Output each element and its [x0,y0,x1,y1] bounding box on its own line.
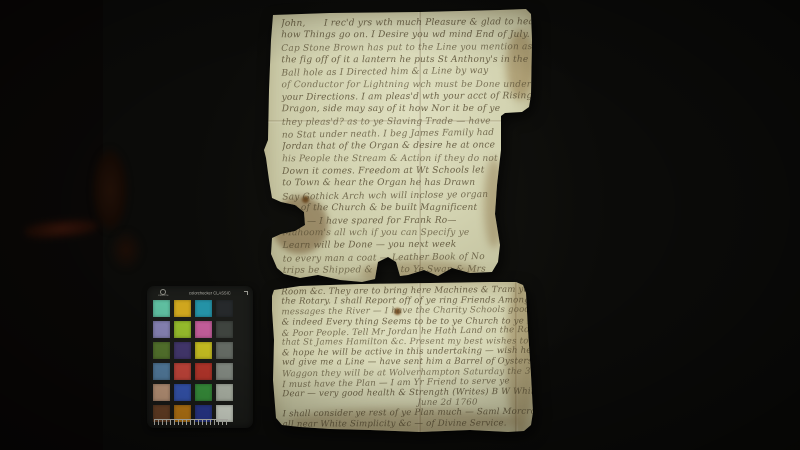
color-patch [216,363,233,380]
color-patch [174,342,191,359]
letter-bottom-fragment: Room &c. They are to bring here Machines… [268,280,536,436]
color-patch [153,363,170,380]
product-label: colorchecker CLASSIC [189,291,231,295]
copy-stand-shadow-lower [110,230,142,270]
color-patch [195,363,212,380]
handwriting-line: June 2d 1760 [282,398,533,410]
handwriting-block-top: John, I rec'd yrs wth much Pleasure & gl… [281,16,534,285]
copy-stand-shadow-upper [92,148,128,232]
color-patch [174,384,191,401]
color-patch [195,384,212,401]
registration-corner-mark [244,291,248,295]
color-patch [216,384,233,401]
handwriting-line: Mahoom's all wch if you can Specify ye [283,227,534,240]
color-patch [153,321,170,338]
color-patch [153,342,170,359]
handwriting-line: that St James Hamilton &c. Present my be… [282,336,533,348]
letter-top-paper: John, I rec'd yrs wth much Pleasure & gl… [260,8,536,286]
handwriting-block-bottom: Room &c. They are to bring here Machines… [281,285,534,436]
handwriting-line: how Things go on. I Desire you wd mind E… [281,29,532,42]
handwriting-line: of Conductor for Lightning wch must be D… [282,79,533,92]
color-patch [216,342,233,359]
handwriting-line: trips be Shipped & Sent to Ye Swan & Mrs [283,263,534,277]
handwriting-line: top of the Church & be built Magnificent [282,202,533,215]
color-patch [195,342,212,359]
brand-label: calibrite [158,295,168,297]
color-patch [195,321,212,338]
color-patch [174,321,191,338]
color-patch [216,300,233,317]
handwriting-line: his People the Stream & Action if they d… [282,153,533,166]
ruler-scale [154,419,228,425]
letter-top-fragment: John, I rec'd yrs wth much Pleasure & gl… [260,8,536,286]
color-patch [195,300,212,317]
photo-stage: John, I rec'd yrs wth much Pleasure & gl… [0,0,800,450]
handwriting-line: Jordan that of the Organ & desire he at … [282,140,533,154]
color-patch [174,300,191,317]
color-patch [153,300,170,317]
color-checker-header: calibrite colorchecker CLASSIC [153,288,250,299]
handwriting-line: Dragon, side may say of it how Nor it be… [282,103,533,116]
color-patch [174,363,191,380]
color-patch [153,384,170,401]
handwriting-line: John — I have spared for Frank Ro— [282,214,533,228]
color-patch-grid [153,300,233,422]
brand-logo-column: calibrite [153,289,174,298]
handwriting-line: Cap Stone Brown has put to the Line you … [281,41,532,55]
color-patch [216,321,233,338]
letter-bottom-paper: Room &c. They are to bring here Machines… [268,280,536,436]
color-checker-card: calibrite colorchecker CLASSIC [147,286,253,428]
handwriting-line: all near White Simplicity &c — of Divine… [283,418,534,430]
